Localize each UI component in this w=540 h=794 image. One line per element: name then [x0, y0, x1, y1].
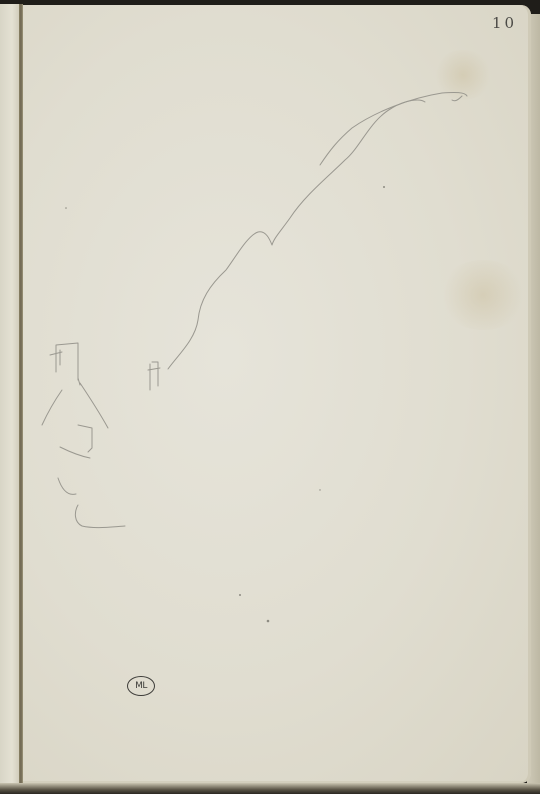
- sketch-curve-left: [42, 390, 62, 425]
- sketch-small-figure: [148, 362, 160, 390]
- sketch-squiggle: [60, 425, 92, 458]
- scanned-sketchbook-spread: 10 ML: [0, 0, 540, 794]
- sketch-contour-upper: [320, 92, 467, 165]
- sketch-diagonal: [80, 383, 108, 428]
- sketch-contour-line: [168, 100, 425, 369]
- sketch-hook: [58, 478, 125, 528]
- paper-specks: [65, 186, 385, 622]
- pencil-sketch: [0, 0, 540, 794]
- sketch-figure-left: [50, 343, 80, 385]
